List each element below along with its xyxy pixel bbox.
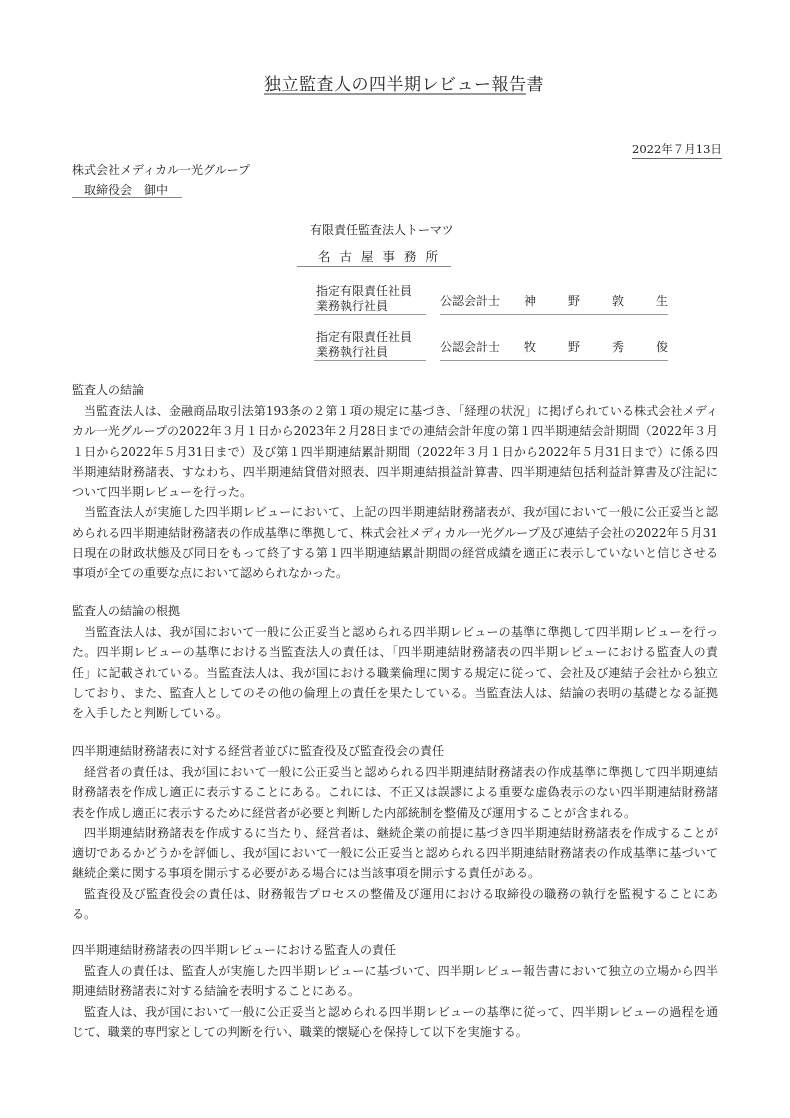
signatory-2-name: 公認会計士 牧 野 秀 俊 [440,338,676,355]
name-char: 生 [656,292,676,309]
name-char: 野 [568,338,612,355]
title-underline [264,93,526,95]
section-heading-basis: 監査人の結論の根拠 [72,602,180,619]
name-char: 秀 [612,338,656,355]
name-char: 俊 [656,338,676,355]
paragraph: 当監査法人が実施した四半期レビューにおいて、上記の四半期連結財務諸表が、我が国に… [72,502,718,583]
signatory-2-signature-line [440,360,668,361]
addressee-company: 株式会社メディカル一光グループ [72,161,250,178]
section-heading-conclusion: 監査人の結論 [72,381,144,398]
signatory-1-title: 指定有限責任社員 業務執行社員 [316,284,412,314]
signatory-title-line2: 業務執行社員 [316,299,412,314]
name-char: 敦 [612,292,656,309]
signatory-qualification: 公認会計士 [440,338,524,355]
audit-firm-office: 名古屋事務所 [318,247,447,265]
office-underline [297,266,451,267]
signatory-title-line1: 指定有限責任社員 [316,330,412,345]
signatory-1-name: 公認会計士 神 野 敦 生 [440,292,676,309]
section-body-auditor-responsibility: 監査人の責任は、監査人が実施した四半期レビューに基づいて、四半期レビュー報告書に… [72,961,718,1042]
paragraph: 四半期連結財務諸表を作成するに当たり、経営者は、継続企業の前提に基づき四半期連結… [72,823,718,884]
section-heading-management-responsibility: 四半期連結財務諸表に対する経営者並びに監査役及び監査役会の責任 [72,742,444,759]
signatory-1-signature-line [440,314,668,315]
page-title: 独立監査人の四半期レビュー報告書 [264,70,544,95]
signatory-title-line2: 業務執行社員 [316,345,412,360]
report-date: 2022年７月13日 [632,141,722,159]
paragraph: 監査役及び監査役会の責任は、財務報告プロセスの整備及び運用における取締役の職務の… [72,884,718,925]
paragraph: 当監査法人は、我が国において一般に公正妥当と認められる四半期レビューの基準に準拠… [72,622,718,723]
paragraph: 監査人は、我が国において一般に公正妥当と認められる四半期レビューの基準に従って、… [72,1002,718,1043]
paragraph: 当監査法人は、金融商品取引法第193条の２第１項の規定に基づき、「経理の状況」に… [72,401,718,502]
addressee-underline [72,197,182,198]
paragraph: 監査人の責任は、監査人が実施した四半期レビューに基づいて、四半期レビュー報告書に… [72,961,718,1002]
signatory-title-line1: 指定有限責任社員 [316,284,412,299]
audit-firm-name: 有限責任監査法人トーマツ [310,221,454,238]
section-heading-auditor-responsibility: 四半期連結財務諸表の四半期レビューにおける監査人の責任 [72,941,396,958]
addressee-board: 取締役会 御中 [84,181,168,198]
signatory-2-title-underline [314,360,426,361]
section-body-basis: 当監査法人は、我が国において一般に公正妥当と認められる四半期レビューの基準に準拠… [72,622,718,723]
signatory-1-title-underline [314,314,426,315]
name-char: 牧 [524,338,568,355]
name-char: 神 [524,292,568,309]
paragraph: 経営者の責任は、我が国において一般に公正妥当と認められる四半期連結財務諸表の作成… [72,762,718,823]
name-char: 野 [568,292,612,309]
signatory-qualification: 公認会計士 [440,292,524,309]
section-body-management-responsibility: 経営者の責任は、我が国において一般に公正妥当と認められる四半期連結財務諸表の作成… [72,762,718,924]
section-body-conclusion: 当監査法人は、金融商品取引法第193条の２第１項の規定に基づき、「経理の状況」に… [72,401,718,584]
signatory-2-title: 指定有限責任社員 業務執行社員 [316,330,412,360]
